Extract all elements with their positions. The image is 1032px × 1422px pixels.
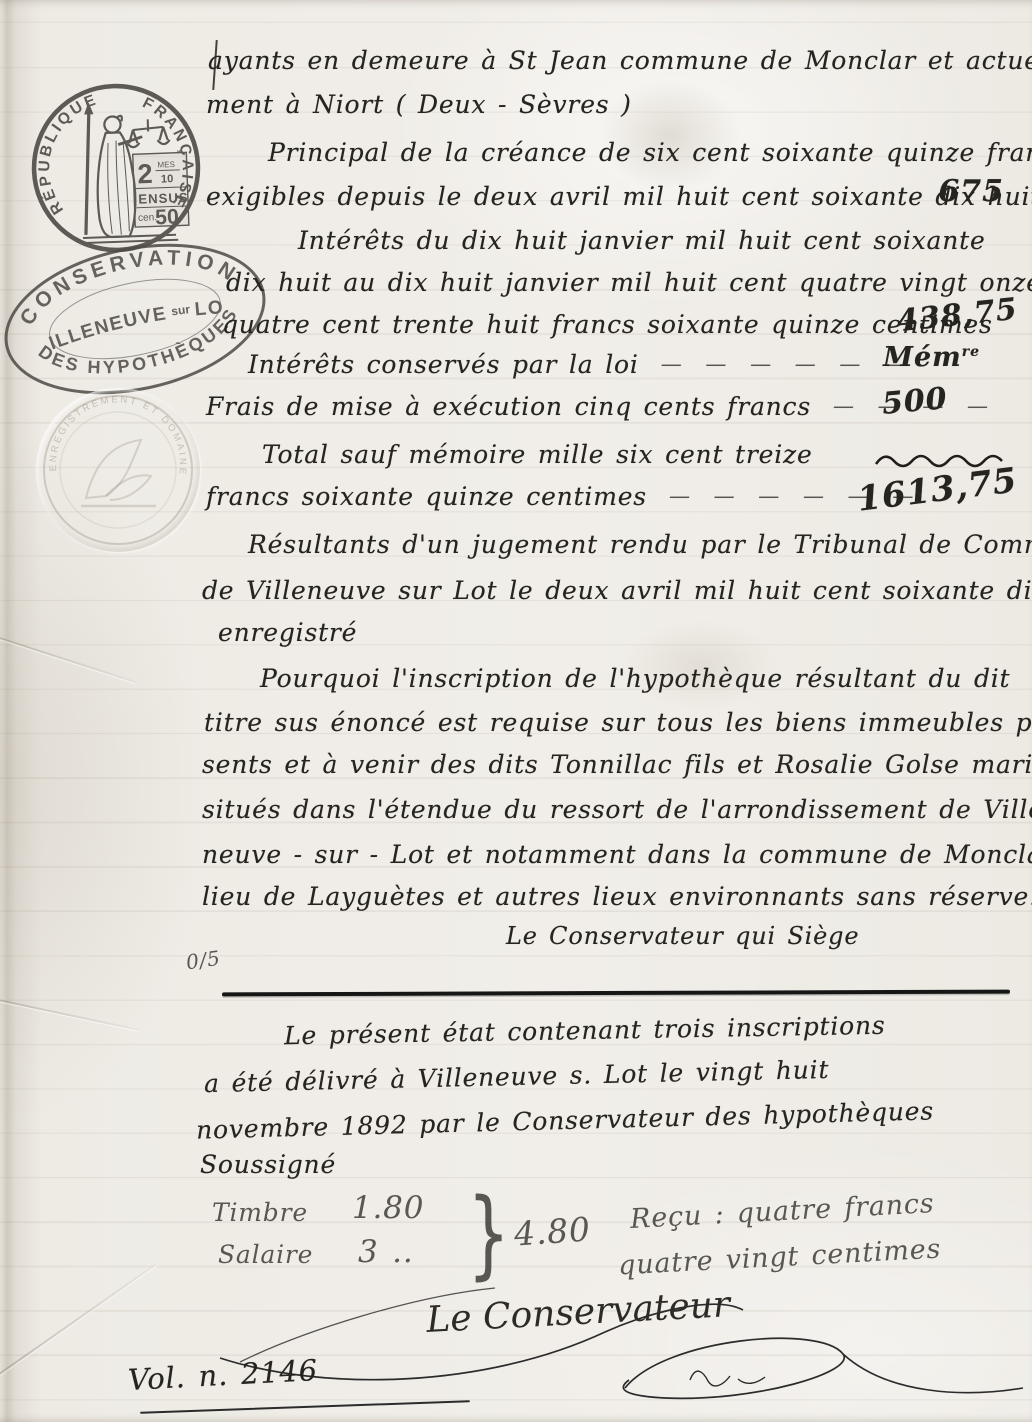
handwritten-line: francs soixante quinze centimes— — — — —… [206,482,920,511]
memoire-sup: re [962,344,980,360]
svg-text:50: 50 [155,205,179,230]
fee-timbre-value: 1.80 [352,1190,424,1226]
svg-text:RÉPUBLIQUE: RÉPUBLIQUE [33,91,104,218]
amount-memoire: Mémre [883,342,980,373]
amount-438-75: 438,75 [896,292,1020,339]
line-text: Le présent état contenant trois inscript… [284,1011,886,1050]
handwritten-line: lieu de Layguètes et autres lieux enviro… [202,882,1032,911]
embossed-seal-text: ENREGISTREMENT ET DOMAINES [36,388,188,477]
fee-salaire-value: 3 .. [358,1234,414,1270]
handwritten-line: Soussigné [200,1150,336,1179]
line-text: Le Conservateur qui Siège [506,922,859,950]
handwritten-line: ayants en demeure à St Jean commune de M… [208,46,1032,75]
svg-text:2: 2 [137,158,153,190]
line-text: Intérêts du dix huit janvier mil huit ce… [298,226,986,255]
section-divider [222,990,1010,996]
crease-mark [0,991,138,1030]
oval-middle-sur: sur [169,301,192,320]
margin-paraphe: 0/5 [184,946,222,975]
line-text: titre sus énoncé est requise sur tous le… [204,708,1032,737]
handwritten-line: Principal de la créance de six cent soix… [268,138,1032,167]
line-text: Total sauf mémoire mille six cent treize [262,440,813,469]
line-text: de Villeneuve sur Lot le deux avril mil … [202,576,1032,605]
embossed-seal-figure [81,440,156,506]
handwritten-line: Frais de mise à exécution cinq cents fra… [206,392,995,421]
line-text: lieu de Layguètes et autres lieux enviro… [202,882,1032,911]
handwritten-line: de Villeneuve sur Lot le deux avril mil … [202,576,1032,605]
filler-dashes: — — — — — — [661,352,912,376]
handwritten-line: Intérêts conservés par la loi— — — — — — [248,350,912,379]
republique-arc-text: RÉPUBLIQUE [33,91,104,218]
svg-text:MES: MES [157,160,175,170]
fee-salaire-label: Salaire [218,1240,313,1269]
line-text: situés dans l'étendue du ressort de l'ar… [202,795,1032,824]
handwritten-line: situés dans l'étendue du ressort de l'ar… [202,795,1032,824]
signature-loop [623,1338,844,1398]
line-text: enregistré [218,618,357,647]
fee-total: 4.80 [513,1209,592,1253]
fee-timbre-label: Timbre [212,1198,308,1227]
conservator-signature [690,1371,765,1386]
handwritten-line: dix huit au dix huit janvier mil huit ce… [226,268,1032,297]
line-text: neuve - sur - Lot et notamment dans la c… [202,840,1032,869]
line-text: Principal de la créance de six cent soix… [268,138,1032,167]
line-text: Résultants d'un jugement rendu par le Tr… [248,530,1032,559]
line-text: Soussigné [200,1150,336,1179]
handwritten-line: a été délivré à Villeneuve s. Lot le vin… [204,1055,830,1098]
handwritten-line: Intérêts du dix huit janvier mil huit ce… [298,226,986,255]
memoire-text: Mém [883,342,962,373]
closing-signature-flourish: Le Conservateur [195,1270,1025,1422]
line-text: Pourquoi l'inscription de l'hypothèque r… [260,664,1010,693]
embossed-seal: ENREGISTREMENT ET DOMAINES [36,388,200,552]
amount-675: 675 [938,174,1004,209]
line-text: quatre cent trente huit francs soixante … [222,310,993,339]
line-text: a été délivré à Villeneuve s. Lot le vin… [204,1055,830,1098]
svg-text:10: 10 [161,173,174,185]
handwritten-line: neuve - sur - Lot et notamment dans la c… [202,840,1032,869]
line-text: ment à Niort ( Deux - Sèvres ) [206,90,632,119]
line-text: francs soixante quinze centimes [206,482,647,511]
line-text: Frais de mise à exécution cinq cents fra… [206,392,811,421]
recu-line-1: Reçu : quatre francs [629,1188,935,1235]
handwritten-line: titre sus énoncé est requise sur tous le… [204,708,1032,737]
handwritten-line: Résultants d'un jugement rendu par le Tr… [248,530,1032,559]
svg-text:ENREGISTREMENT ET DOMAINES: ENREGISTREMENT ET DOMAINES [36,388,188,477]
conservator-note-line: Le Conservateur qui Siège [506,922,859,950]
handwritten-line: enregistré [218,618,357,647]
line-text: sents et à venir des dits Tonnillac fils… [202,750,1032,779]
line-text: exigibles depuis le deux avril mil huit … [206,182,1032,211]
handwritten-line: exigibles depuis le deux avril mil huit … [206,182,1032,211]
closing-conservateur-text: Le Conservateur [424,1284,733,1341]
handwritten-line: quatre cent trente huit francs soixante … [222,310,993,339]
signature-tail [843,1354,1023,1393]
revenue-stamp: RÉPUBLIQUE FRANÇAISE 2 MES 10 [27,79,205,257]
line-text: Intérêts conservés par la loi [248,350,639,379]
scanned-document-page: RÉPUBLIQUE FRANÇAISE 2 MES 10 [0,0,1032,1422]
amount-500: 500 [881,381,949,422]
handwritten-line: Le présent état contenant trois inscript… [284,1011,886,1050]
line-text: novembre 1892 par le Conservateur des hy… [196,1096,935,1144]
stamp-tariff-panel: 2 MES 10 ENSUS cen. 50 [133,152,190,230]
line-text: ayants en demeure à St Jean commune de M… [208,46,1032,75]
handwritten-line: novembre 1892 par le Conservateur des hy… [196,1096,935,1144]
handwritten-line: sents et à venir des dits Tonnillac fils… [202,750,1032,779]
line-text: dix huit au dix huit janvier mil huit ce… [226,268,1032,297]
handwritten-line: Pourquoi l'inscription de l'hypothèque r… [260,664,1010,693]
handwritten-line: ment à Niort ( Deux - Sèvres ) [206,90,632,119]
crease-mark [0,629,136,683]
handwritten-line: Total sauf mémoire mille six cent treize [262,440,813,469]
